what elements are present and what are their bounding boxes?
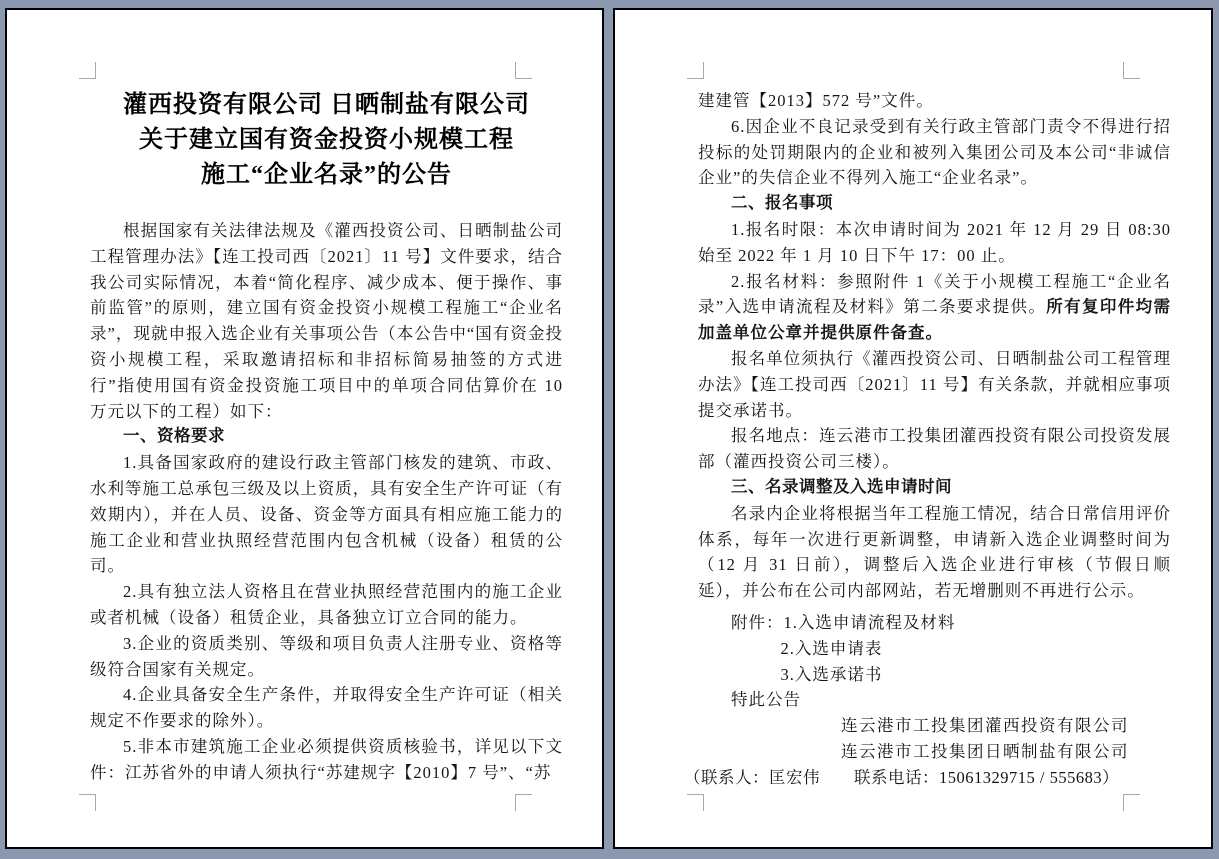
signup-rules-paragraph: 报名单位须执行《灌西投资公司、日晒制盐公司工程管理办法》【连工投司西〔2021〕… (698, 346, 1171, 423)
document-title-line-3: 施工“企业名录”的公告 (90, 158, 563, 193)
section-2-heading: 二、报名事项 (698, 191, 1171, 217)
page-1: 灌西投资有限公司 日晒制盐有限公司 关于建立国有资金投资小规模工程 施工“企业名… (5, 8, 604, 849)
page-2: 建建管【2013】572 号”文件。 6.因企业不良记录受到有关行政主管部门责令… (613, 8, 1213, 849)
closing-statement: 特此公告 (698, 687, 1171, 713)
section-1-heading: 一、资格要求 (90, 424, 563, 450)
signature-company-1: 连云港市工投集团灌西投资有限公司 (698, 713, 1171, 739)
qualification-item-5-part-2: 建建管【2013】572 号”文件。 (698, 88, 1171, 114)
page-1-content: 灌西投资有限公司 日晒制盐有限公司 关于建立国有资金投资小规模工程 施工“企业名… (90, 88, 563, 786)
margin-crop-mark-top-left (687, 62, 704, 79)
margin-crop-mark-top-left (79, 62, 96, 79)
signature-company-2: 连云港市工投集团日晒制盐有限公司 (698, 739, 1171, 765)
document-title: 灌西投资有限公司 日晒制盐有限公司 关于建立国有资金投资小规模工程 施工“企业名… (90, 88, 563, 193)
intro-paragraph: 根据国家有关法律法规及《灌西投资公司、日晒制盐公司工程管理办法》【连工投司西〔2… (90, 218, 563, 424)
contact-info-line: （联系人：匡宏伟 联系电话：15061329715 / 555683） (684, 765, 1171, 791)
margin-crop-mark-bottom-right (1123, 794, 1140, 811)
document-workspace: 灌西投资有限公司 日晒制盐有限公司 关于建立国有资金投资小规模工程 施工“企业名… (0, 0, 1219, 859)
margin-crop-mark-bottom-left (687, 794, 704, 811)
qualification-item-4: 4.企业具备安全生产条件，并取得安全生产许可证（相关规定不作要求的除外）。 (90, 682, 563, 734)
qualification-item-3: 3.企业的资质类别、等级和项目负责人注册专业、资格等级符合国家有关规定。 (90, 631, 563, 683)
document-title-line-1: 灌西投资有限公司 日晒制盐有限公司 (90, 88, 563, 123)
margin-crop-mark-top-right (1123, 62, 1140, 79)
attachment-item-1: 附件：1.入选申请流程及材料 (698, 610, 1171, 636)
signup-time-paragraph: 1.报名时限：本次申请时间为 2021 年 12 月 29 日 08:30 始至… (698, 217, 1171, 269)
qualification-item-6: 6.因企业不良记录受到有关行政主管部门责令不得进行招投标的处罚期限内的企业和被列… (698, 114, 1171, 191)
attachment-item-2: 2.入选申请表 (698, 636, 1171, 662)
adjustment-paragraph: 名录内企业将根据当年工程施工情况，结合日常信用评价体系，每年一次进行更新调整，申… (698, 501, 1171, 604)
attachments-list: 附件：1.入选申请流程及材料 2.入选申请表 3.入选承诺书 (698, 610, 1171, 687)
margin-crop-mark-top-right (515, 62, 532, 79)
attachment-item-3: 3.入选承诺书 (698, 662, 1171, 688)
margin-crop-mark-bottom-right (515, 794, 532, 811)
page-2-content: 建建管【2013】572 号”文件。 6.因企业不良记录受到有关行政主管部门责令… (698, 88, 1171, 791)
qualification-item-5-part-1: 5.非本市建筑施工企业必须提供资质核验书，详见以下文件：江苏省外的申请人须执行“… (90, 734, 563, 786)
qualification-item-2: 2.具有独立法人资格且在营业执照经营范围内的施工企业或者机械（设备）租赁企业，具… (90, 579, 563, 631)
signup-materials-paragraph: 2.报名材料：参照附件 1《关于小规模工程施工“企业名录”入选申请流程及材料》第… (698, 269, 1171, 346)
qualification-item-1: 1.具备国家政府的建设行政主管部门核发的建筑、市政、水利等施工总承包三级及以上资… (90, 450, 563, 579)
margin-crop-mark-bottom-left (79, 794, 96, 811)
section-3-heading: 三、名录调整及入选申请时间 (698, 475, 1171, 501)
signup-location-paragraph: 报名地点：连云港市工投集团灌西投资有限公司投资发展部（灌西投资公司三楼）。 (698, 423, 1171, 475)
document-title-line-2: 关于建立国有资金投资小规模工程 (90, 123, 563, 158)
